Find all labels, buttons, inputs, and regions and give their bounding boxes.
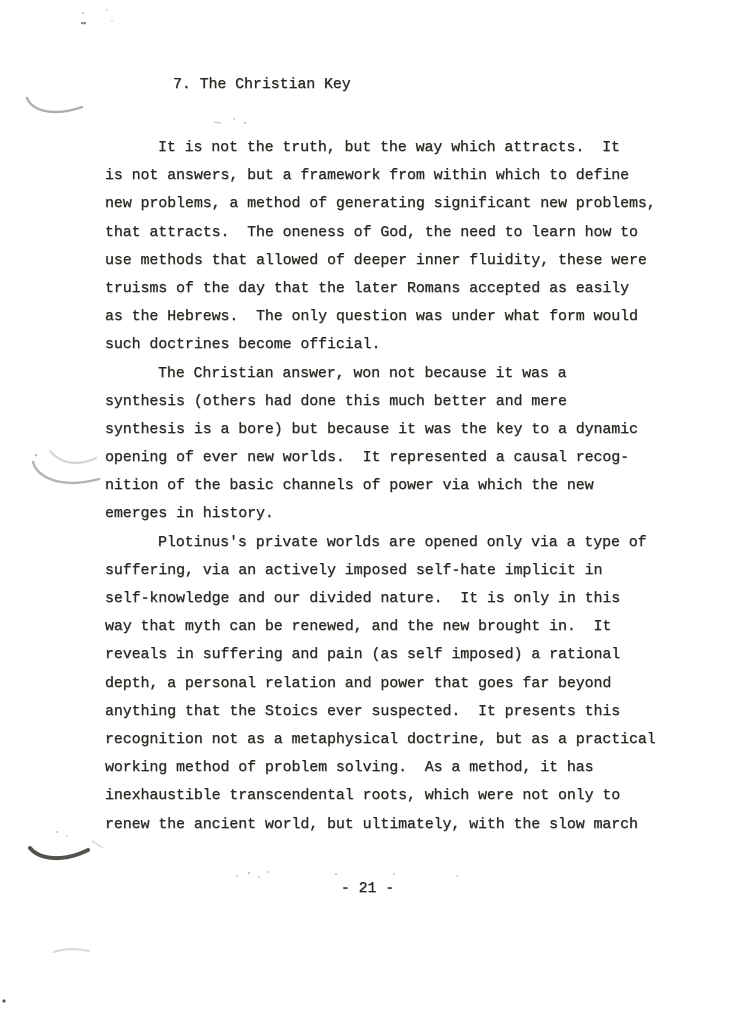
ink-speck — [111, 20, 113, 22]
ink-speck — [106, 9, 108, 11]
text-line: use methods that allowed of deeper inner… — [105, 247, 656, 275]
ink-speck — [2, 999, 5, 1002]
text-line: The Christian answer, won not because it… — [105, 360, 656, 388]
pen-mark-middle-icon — [33, 462, 99, 483]
ink-speck — [248, 872, 250, 874]
text-line: emerges in history. — [105, 500, 656, 528]
text-line: synthesis is a bore) but because it was … — [105, 416, 656, 444]
pen-mark-bottom-icon — [30, 848, 88, 858]
ink-speck — [81, 22, 86, 24]
document-body: It is not the truth, but the way which a… — [105, 134, 656, 839]
text-line: anything that the Stoics ever suspected.… — [105, 698, 656, 726]
text-line: way that myth can be renewed, and the ne… — [105, 613, 656, 641]
pen-mark-upper-icon — [27, 98, 82, 112]
text-line: suffering, via an actively imposed self-… — [105, 557, 656, 585]
ink-smudge — [214, 122, 221, 123]
ink-smudge — [54, 949, 89, 952]
text-line: synthesis (others had done this much bet… — [105, 388, 656, 416]
text-line: depth, a personal relation and power tha… — [105, 670, 656, 698]
ink-speck — [66, 835, 68, 837]
chapter-title: 7. The Christian Key — [173, 71, 351, 99]
page-number: - 21 - — [0, 875, 735, 903]
ink-speck — [267, 871, 269, 873]
text-line: is not answers, but a framework from wit… — [105, 162, 656, 190]
text-line: that attracts. The oneness of God, the n… — [105, 219, 656, 247]
text-line: such doctrines become official. — [105, 331, 656, 359]
text-line: nition of the basic channels of power vi… — [105, 472, 656, 500]
ink-speck — [56, 831, 58, 833]
pen-mark-middle-faint-icon — [50, 451, 96, 463]
text-line: recognition not as a metaphysical doctri… — [105, 726, 656, 754]
text-line: inexhaustible transcendental roots, whic… — [105, 782, 656, 810]
ink-smudge — [92, 841, 103, 848]
text-line: self-knowledge and our divided nature. I… — [105, 585, 656, 613]
text-line: as the Hebrews. The only question was un… — [105, 303, 656, 331]
text-line: reveals in suffering and pain (as self i… — [105, 641, 656, 669]
ink-speck — [35, 454, 37, 456]
manuscript-page: 7. The Christian Key It is not the truth… — [0, 0, 735, 1024]
text-line: Plotinus's private worlds are opened onl… — [105, 529, 656, 557]
text-line: renew the ancient world, but ultimately,… — [105, 811, 656, 839]
text-line: It is not the truth, but the way which a… — [105, 134, 656, 162]
text-line: truisms of the day that the later Romans… — [105, 275, 656, 303]
ink-speck — [244, 122, 246, 124]
text-line: new problems, a method of generating sig… — [105, 190, 656, 218]
ink-speck — [233, 118, 235, 120]
text-line: opening of ever new worlds. It represent… — [105, 444, 656, 472]
ink-speck — [82, 12, 84, 14]
text-line: working method of problem solving. As a … — [105, 754, 656, 782]
